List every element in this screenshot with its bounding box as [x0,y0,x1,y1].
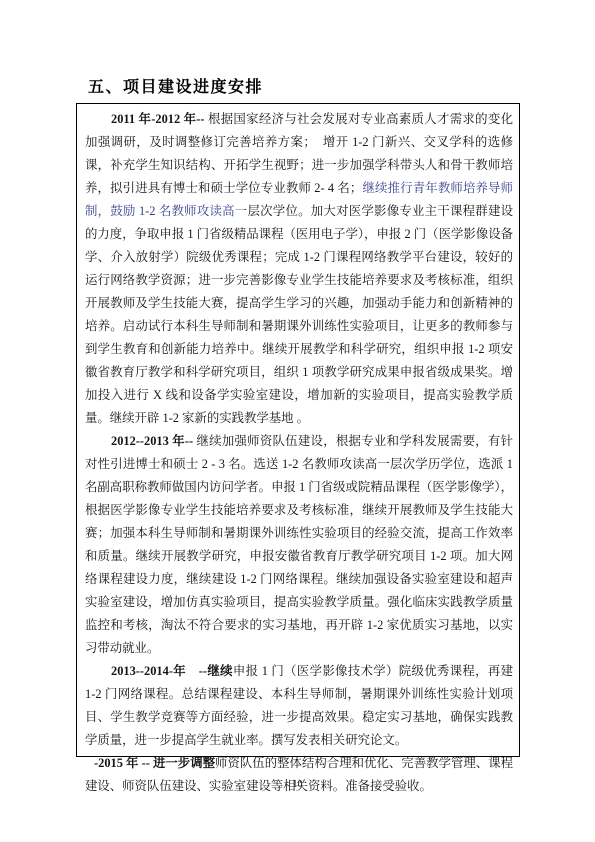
section-title: 五、项目建设进度安排 [88,74,263,97]
page-number: 10 [0,779,595,790]
period-label-2015: -2015 年 -- 进一步调整 [94,756,215,770]
period-label-2011-2012: 2011 年-2012 年-- [111,112,205,126]
paragraph-text: 层次学位。加大对医学影像专业主干课程群建设的力度，争取申报 1 门省级精品课程（… [85,204,513,425]
schedule-table-cell: 2011 年-2012 年-- 根据国家经济与社会发展对专业高素质人才需求的变化… [76,103,520,757]
paragraph-2013-2014: 2013--2014-年 --继续申报 1 门（医学影像技术学）院级优秀课程，再… [85,660,513,752]
paragraph-text: 继续加强师资队伍建设，根据专业和学科发展需要，有针对性引进博士和硕士 2 - 3… [85,434,513,655]
paragraph-2015: -2015 年 -- 进一步调整师资队伍的整体结构合理和优化、完善教学管理、课程… [85,752,513,798]
paragraph-2011-2012: 2011 年-2012 年-- 根据国家经济与社会发展对专业高素质人才需求的变化… [85,108,513,430]
period-label-2012-2013: 2012--2013 年-- [111,434,193,448]
period-label-2013-2014: 2013--2014-年 --继续 [111,664,233,678]
document-page: 五、项目建设进度安排 2011 年-2012 年-- 根据国家经济与社会发展对专… [0,0,595,842]
paragraph-2012-2013: 2012--2013 年-- 继续加强师资队伍建设，根据专业和学科发展需要，有针… [85,430,513,660]
